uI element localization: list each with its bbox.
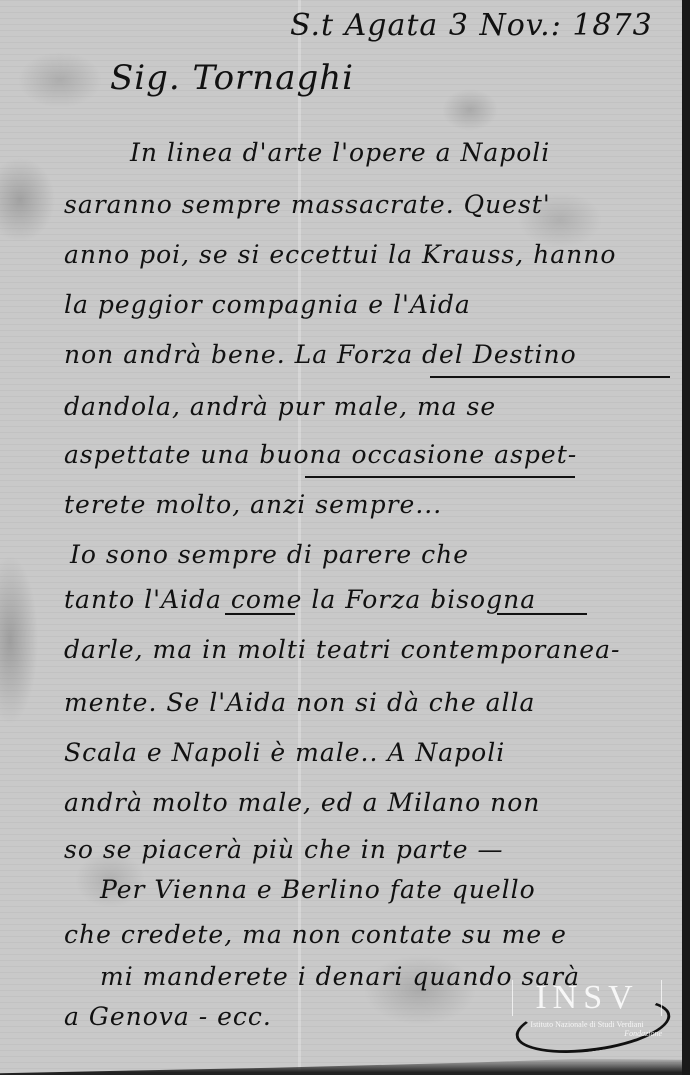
body-line: aspettate una buona occasione aspet- [64,440,577,469]
watermark-subtitle: Fondazione [512,1029,662,1038]
body-line: che credete, ma non contate su me e [64,920,567,949]
body-line: mente. Se l'Aida non si dà che alla [64,688,535,717]
body-line: darle, ma in molti teatri contemporanea- [64,635,620,664]
body-line: anno poi, se si eccettui la Krauss, hann… [64,240,616,269]
watermark-name: Istituto Nazionale di Studi Verdiani [512,1020,662,1029]
body-line: so se piacerà più che in parte — [64,835,503,864]
watermark-letters: INSV [512,980,662,1016]
body-line: Per Vienna e Berlino fate quello [100,875,536,904]
place-date: S.t Agata 3 Nov.: 1873 [290,8,653,43]
salutation: Sig. Tornaghi [110,58,354,98]
body-line: In linea d'arte l'opere a Napoli [130,138,550,167]
underline-aida [225,613,295,615]
body-line: Io sono sempre di parere che [70,540,469,569]
letter-page: S.t Agata 3 Nov.: 1873 Sig. Tornaghi In … [0,0,690,1075]
body-line: tanto l'Aida come la Forza bisogna [64,585,536,614]
body-line: la peggior compagnia e l'Aida [64,290,471,319]
body-line: mi manderete i denari quando sarà [100,962,580,991]
body-line: dandola, andrà pur male, ma se [64,392,496,421]
body-line: Scala e Napoli è male.. A Napoli [64,738,505,767]
underline-buona-occasione [305,476,575,478]
insv-watermark: INSV Istituto Nazionale di Studi Verdian… [512,980,662,1050]
body-line: andrà molto male, ed a Milano non [64,788,540,817]
underline-forza [497,613,587,615]
body-line: terete molto, anzi sempre... [64,490,442,519]
body-line: a Genova - ecc. [64,1002,272,1031]
body-line: saranno sempre massacrate. Quest' [64,190,551,219]
text: non andrà bene. La Forza del Destino [64,340,577,369]
underline-forza-del-destino [430,376,670,378]
body-line: non andrà bene. La Forza del Destino [64,340,577,369]
